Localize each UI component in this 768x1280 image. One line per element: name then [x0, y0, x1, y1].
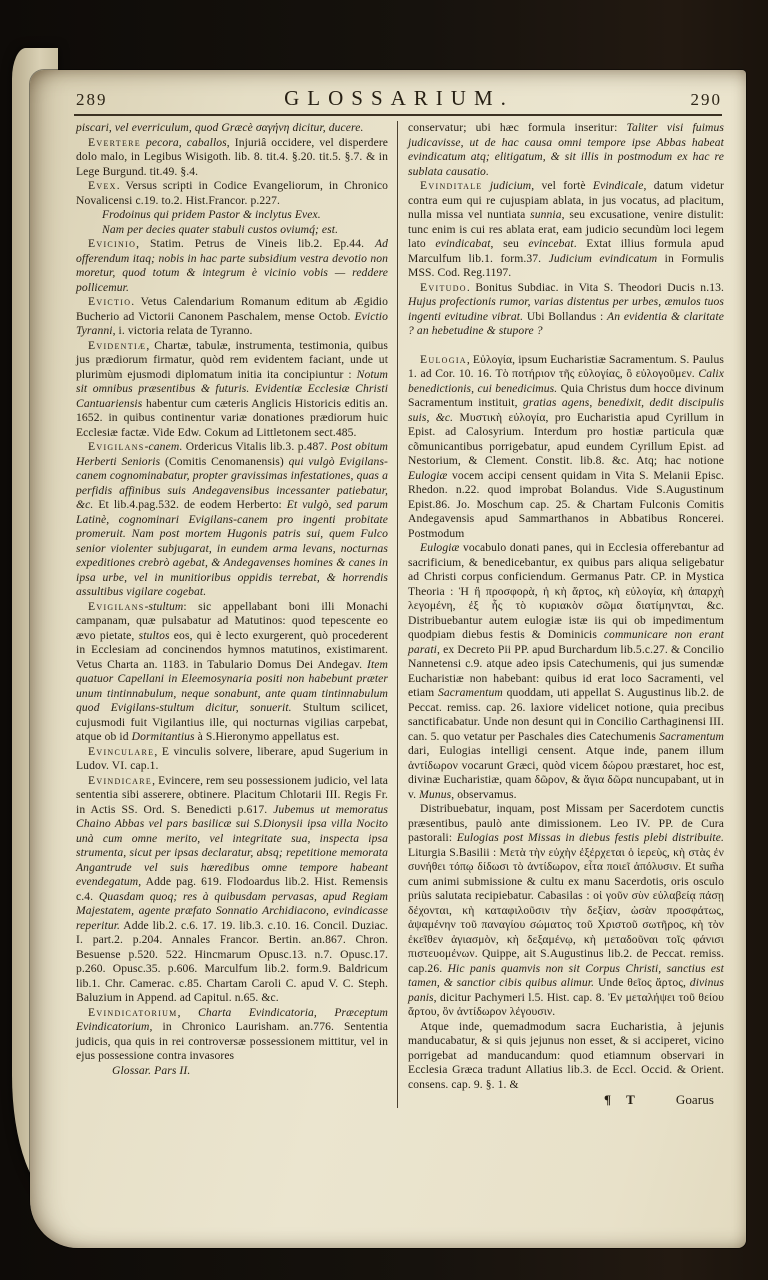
glossary-paragraph: Evindicare, Evincere, rem seu possession… — [76, 774, 388, 1006]
glossary-paragraph: Evitudo. Bonitus Subdiac. in Vita S. The… — [408, 281, 724, 339]
glossary-paragraph: Eulogia, Εὐλογία, ipsum Eucharistiæ Sacr… — [408, 353, 724, 542]
glossary-paragraph: Nam per decies quater stabuli custos ovi… — [76, 223, 388, 238]
signature-mark: ¶ T — [604, 1093, 641, 1108]
glossary-paragraph: conservatur; ubi hæc formula inseritur: … — [408, 121, 724, 179]
glossary-paragraph: Eulogiæ vocabulo donati panes, qui in Ec… — [408, 541, 724, 802]
glossary-paragraph: Evertere pecora, caballos, Injuriâ occid… — [76, 136, 388, 180]
glossary-paragraph: Evinditale judicium, vel fortè Evindical… — [408, 179, 724, 281]
glossary-paragraph: piscari, vel everriculum, quod Græcè σαγ… — [76, 121, 388, 136]
glossary-paragraph: Evictio. Vetus Calendarium Romanum editu… — [76, 295, 388, 339]
page-header: 289 GLOSSARIUM. 290 — [30, 70, 746, 111]
glossary-paragraph: Evigilans-canem. Ordericus Vitalis lib.3… — [76, 440, 388, 600]
glossary-paragraph: Glossar. Pars II. — [76, 1064, 388, 1079]
glossary-paragraph: Evicinio, Statim. Petrus de Vineis lib.2… — [76, 237, 388, 295]
page-number-right: 290 — [662, 90, 722, 110]
column-left: piscari, vel everriculum, quod Græcè σαγ… — [76, 121, 398, 1108]
glossary-paragraph: Frodoinus qui pridem Pastor & inclytus E… — [76, 208, 388, 223]
glossary-paragraph: Evinculare, E vinculis solvere, liberare… — [76, 745, 388, 774]
scanned-book-spread: { "page": { "left_page_number": "289", "… — [0, 0, 768, 1280]
glossary-paragraph: Evindicatorium, Charta Evindicatoria, Pr… — [76, 1006, 388, 1064]
page-number-left: 289 — [76, 90, 136, 110]
text-columns: piscari, vel everriculum, quod Græcè σαγ… — [30, 116, 746, 1108]
glossary-paragraph: Evex. Versus scripti in Codice Evangelio… — [76, 179, 388, 208]
footer-line: ¶ T Goarus — [408, 1093, 724, 1108]
glossary-paragraph: Distribuebatur, inquam, post Missam per … — [408, 802, 724, 1020]
glossary-paragraph: Evigilans-stultum: sic appellabant boni … — [76, 600, 388, 745]
book-page: 289 GLOSSARIUM. 290 piscari, vel everric… — [30, 70, 746, 1248]
column-right: conservatur; ubi hæc formula inseritur: … — [398, 121, 724, 1108]
running-title: GLOSSARIUM. — [136, 86, 662, 111]
catchword: Goarus — [676, 1093, 714, 1108]
glossary-paragraph: Evidentiæ, Chartæ, tabulæ, instrumenta, … — [76, 339, 388, 441]
glossary-paragraph: Atque inde, quemadmodum sacra Eucharisti… — [408, 1020, 724, 1093]
